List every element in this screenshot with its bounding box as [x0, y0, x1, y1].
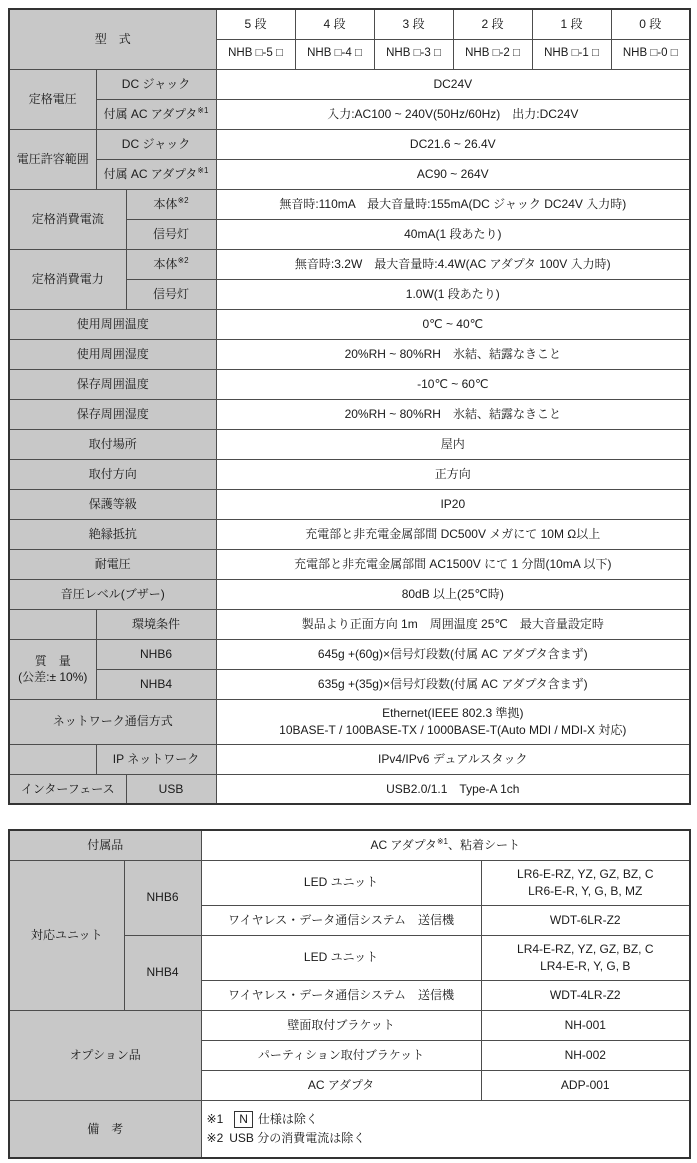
row-network: ネットワーク通信方式 Ethernet(IEEE 802.3 準拠) 10BAS…	[9, 699, 690, 744]
spec-document: 型 式 5 段 4 段 3 段 2 段 1 段 0 段 NHB □-5 □ NH…	[0, 0, 697, 1163]
tier-3: 3 段	[374, 9, 453, 39]
sound-pressure-value: 80dB 以上(25℃時)	[216, 579, 690, 609]
row-sound-pressure-env: 環境条件 製品より正面方向 1m 周囲温度 25℃ 最大音量設定時	[9, 609, 690, 639]
spec-table: 型 式 5 段 4 段 3 段 2 段 1 段 0 段 NHB □-5 □ NH…	[8, 8, 691, 805]
mass-nhb6-value: 645g +(60g)×信号灯段数(付属 AC アダプタ含まず)	[216, 639, 690, 669]
row-storage-temp: 保存周囲温度 -10℃ ~ 60℃	[9, 369, 690, 399]
insulation-resistance-label: 絶縁抵抗	[9, 519, 216, 549]
ip-network-spacer-cell	[9, 744, 96, 774]
voltage-range-ac-label: 付属 AC アダプタ※1	[96, 159, 216, 189]
remarks-label: 備 考	[9, 1100, 201, 1158]
env-condition-value: 製品より正面方向 1m 周囲温度 25℃ 最大音量設定時	[216, 609, 690, 639]
network-value: Ethernet(IEEE 802.3 準拠) 10BASE-T / 100BA…	[216, 699, 690, 744]
sound-pressure-label: 音圧レベル(ブザー)	[9, 579, 216, 609]
tier-4: 4 段	[295, 9, 374, 39]
nhb6-led-label: LED ユニット	[201, 860, 481, 905]
rated-power-light-value: 1.0W(1 段あたり)	[216, 279, 690, 309]
protection-rating-value: IP20	[216, 489, 690, 519]
row-mass-nhb6: 質 量 (公差:± 10%) NHB6 645g +(60g)×信号灯段数(付属…	[9, 639, 690, 669]
mount-location-label: 取付場所	[9, 429, 216, 459]
row-operating-humidity: 使用周囲湿度 20%RH ~ 80%RH 氷結、結露なきこと	[9, 339, 690, 369]
model-header-label: 型 式	[9, 9, 216, 69]
row-storage-humidity: 保存周囲湿度 20%RH ~ 80%RH 氷結、結露なきこと	[9, 399, 690, 429]
nhb4-label: NHB4	[124, 935, 201, 1010]
wall-bracket-label: 壁面取付ブラケット	[201, 1010, 481, 1040]
env-condition-label: 環境条件	[96, 609, 216, 639]
nhb6-led-models: LR6-E-RZ, YZ, GZ, BZ, C LR6-E-R, Y, G, B…	[481, 860, 690, 905]
mount-direction-value: 正方向	[216, 459, 690, 489]
operating-humidity-value: 20%RH ~ 80%RH 氷結、結露なきこと	[216, 339, 690, 369]
ip-network-value: IPv4/IPv6 デュアルスタック	[216, 744, 690, 774]
row-insulation-resistance: 絶縁抵抗 充電部と非充電金属部間 DC500V メガにて 10M Ω以上	[9, 519, 690, 549]
row-rated-power-body: 定格消費電力 本体※2 無音時:3.2W 最大音量時:4.4W(AC アダプタ …	[9, 249, 690, 279]
row-rated-current-body: 定格消費電流 本体※2 無音時:110mA 最大音量時:155mA(DC ジャッ…	[9, 189, 690, 219]
operating-temp-label: 使用周囲温度	[9, 309, 216, 339]
row-protection-rating: 保護等級 IP20	[9, 489, 690, 519]
nhb6-wireless-label: ワイヤレス・データ通信システム 送信機	[201, 905, 481, 935]
rated-voltage-dc-label: DC ジャック	[96, 69, 216, 99]
partition-bracket-label: パーティション取付ブラケット	[201, 1040, 481, 1070]
model-code-4: NHB □-4 □	[295, 39, 374, 69]
rated-current-label: 定格消費電流	[9, 189, 126, 249]
tier-2: 2 段	[453, 9, 532, 39]
row-mount-location: 取付場所 屋内	[9, 429, 690, 459]
storage-temp-value: -10℃ ~ 60℃	[216, 369, 690, 399]
rated-power-body-label: 本体※2	[126, 249, 216, 279]
row-accessories: 付属品 AC アダプタ※1、粘着シート	[9, 830, 690, 860]
insulation-resistance-value: 充電部と非充電金属部間 DC500V メガにて 10M Ω以上	[216, 519, 690, 549]
nhb6-wireless-model: WDT-6LR-Z2	[481, 905, 690, 935]
withstand-voltage-value: 充電部と非充電金属部間 AC1500V にて 1 分間(10mA 以下)	[216, 549, 690, 579]
footnote-1-marker: ※1	[197, 166, 208, 175]
voltage-range-ac-value: AC90 ~ 264V	[216, 159, 690, 189]
accessory-table: 付属品 AC アダプタ※1、粘着シート 対応ユニット NHB6 LED ユニット…	[8, 829, 691, 1159]
model-code-3: NHB □-3 □	[374, 39, 453, 69]
operating-humidity-label: 使用周囲湿度	[9, 339, 216, 369]
remark-note-2: ※2USB 分の消費電流は除く	[207, 1130, 685, 1146]
mass-nhb4-value: 635g +(35g)×信号灯段数(付属 AC アダプタ含まず)	[216, 669, 690, 699]
rated-current-light-value: 40mA(1 段あたり)	[216, 219, 690, 249]
nhb4-led-label: LED ユニット	[201, 935, 481, 980]
row-rated-voltage-ac: 付属 AC アダプタ※1 入力:AC100 ~ 240V(50Hz/60Hz) …	[9, 99, 690, 129]
tier-0: 0 段	[611, 9, 690, 39]
option-ac-adapter-model: ADP-001	[481, 1070, 690, 1100]
interface-usb-value: USB2.0/1.1 Type-A 1ch	[216, 774, 690, 804]
row-voltage-range-ac: 付属 AC アダプタ※1 AC90 ~ 264V	[9, 159, 690, 189]
row-mass-nhb4: NHB4 635g +(35g)×信号灯段数(付属 AC アダプタ含まず)	[9, 669, 690, 699]
storage-humidity-value: 20%RH ~ 80%RH 氷結、結露なきこと	[216, 399, 690, 429]
row-option-wall-bracket: オプション品 壁面取付ブラケット NH-001	[9, 1010, 690, 1040]
rated-voltage-ac-label: 付属 AC アダプタ※1	[96, 99, 216, 129]
options-label: オプション品	[9, 1010, 201, 1100]
n-spec-box: N	[234, 1111, 253, 1128]
remark-note-1: ※1N仕様は除く	[207, 1111, 685, 1128]
row-operating-temp: 使用周囲温度 0℃ ~ 40℃	[9, 309, 690, 339]
voltage-range-label: 電圧許容範囲	[9, 129, 96, 189]
model-code-2: NHB □-2 □	[453, 39, 532, 69]
model-code-1: NHB □-1 □	[532, 39, 611, 69]
row-interface-usb: インターフェース USB USB2.0/1.1 Type-A 1ch	[9, 774, 690, 804]
storage-temp-label: 保存周囲温度	[9, 369, 216, 399]
row-remarks: 備 考 ※1N仕様は除く ※2USB 分の消費電流は除く	[9, 1100, 690, 1158]
operating-temp-value: 0℃ ~ 40℃	[216, 309, 690, 339]
row-sound-pressure: 音圧レベル(ブザー) 80dB 以上(25℃時)	[9, 579, 690, 609]
interface-label: インターフェース	[9, 774, 126, 804]
interface-usb-label: USB	[126, 774, 216, 804]
accessories-label: 付属品	[9, 830, 201, 860]
row-withstand-voltage: 耐電圧 充電部と非充電金属部間 AC1500V にて 1 分間(10mA 以下)	[9, 549, 690, 579]
model-code-5: NHB □-5 □	[216, 39, 295, 69]
partition-bracket-model: NH-002	[481, 1040, 690, 1070]
network-label: ネットワーク通信方式	[9, 699, 216, 744]
nhb4-led-models: LR4-E-RZ, YZ, GZ, BZ, C LR4-E-R, Y, G, B	[481, 935, 690, 980]
rated-voltage-label: 定格電圧	[9, 69, 96, 129]
storage-humidity-label: 保存周囲湿度	[9, 399, 216, 429]
row-voltage-range-dc: 電圧許容範囲 DC ジャック DC21.6 ~ 26.4V	[9, 129, 690, 159]
wall-bracket-model: NH-001	[481, 1010, 690, 1040]
remarks-content: ※1N仕様は除く ※2USB 分の消費電流は除く	[201, 1100, 690, 1158]
rated-power-label: 定格消費電力	[9, 249, 126, 309]
mass-nhb4-label: NHB4	[96, 669, 216, 699]
mount-location-value: 屋内	[216, 429, 690, 459]
footnote-2-marker: ※2	[177, 196, 188, 205]
footnote-1-marker: ※1	[437, 837, 448, 846]
rated-current-light-label: 信号灯	[126, 219, 216, 249]
tier-header-row: 型 式 5 段 4 段 3 段 2 段 1 段 0 段	[9, 9, 690, 39]
footnote-1-marker: ※1	[197, 106, 208, 115]
row-nhb6-led: 対応ユニット NHB6 LED ユニット LR6-E-RZ, YZ, GZ, B…	[9, 860, 690, 905]
footnote-2-marker: ※2	[177, 256, 188, 265]
accessories-value: AC アダプタ※1、粘着シート	[201, 830, 690, 860]
rated-current-body-value: 無音時:110mA 最大音量時:155mA(DC ジャック DC24V 入力時)	[216, 189, 690, 219]
ip-network-label: IP ネットワーク	[96, 744, 216, 774]
rated-voltage-dc-value: DC24V	[216, 69, 690, 99]
voltage-range-dc-value: DC21.6 ~ 26.4V	[216, 129, 690, 159]
voltage-range-dc-label: DC ジャック	[96, 129, 216, 159]
row-rated-voltage-dc: 定格電圧 DC ジャック DC24V	[9, 69, 690, 99]
rated-power-body-value: 無音時:3.2W 最大音量時:4.4W(AC アダプタ 100V 入力時)	[216, 249, 690, 279]
protection-rating-label: 保護等級	[9, 489, 216, 519]
nhb6-label: NHB6	[124, 860, 201, 935]
mass-label: 質 量 (公差:± 10%)	[9, 639, 96, 699]
mass-nhb6-label: NHB6	[96, 639, 216, 669]
compatible-units-label: 対応ユニット	[9, 860, 124, 1010]
tier-1: 1 段	[532, 9, 611, 39]
withstand-voltage-label: 耐電圧	[9, 549, 216, 579]
mount-direction-label: 取付方向	[9, 459, 216, 489]
rated-voltage-ac-value: 入力:AC100 ~ 240V(50Hz/60Hz) 出力:DC24V	[216, 99, 690, 129]
option-ac-adapter-label: AC アダプタ	[201, 1070, 481, 1100]
row-ip-network: IP ネットワーク IPv4/IPv6 デュアルスタック	[9, 744, 690, 774]
rated-power-light-label: 信号灯	[126, 279, 216, 309]
rated-current-body-label: 本体※2	[126, 189, 216, 219]
model-code-0: NHB □-0 □	[611, 39, 690, 69]
row-mount-direction: 取付方向 正方向	[9, 459, 690, 489]
sound-pressure-spacer-cell	[9, 609, 96, 639]
nhb4-wireless-model: WDT-4LR-Z2	[481, 980, 690, 1010]
tier-5: 5 段	[216, 9, 295, 39]
nhb4-wireless-label: ワイヤレス・データ通信システム 送信機	[201, 980, 481, 1010]
